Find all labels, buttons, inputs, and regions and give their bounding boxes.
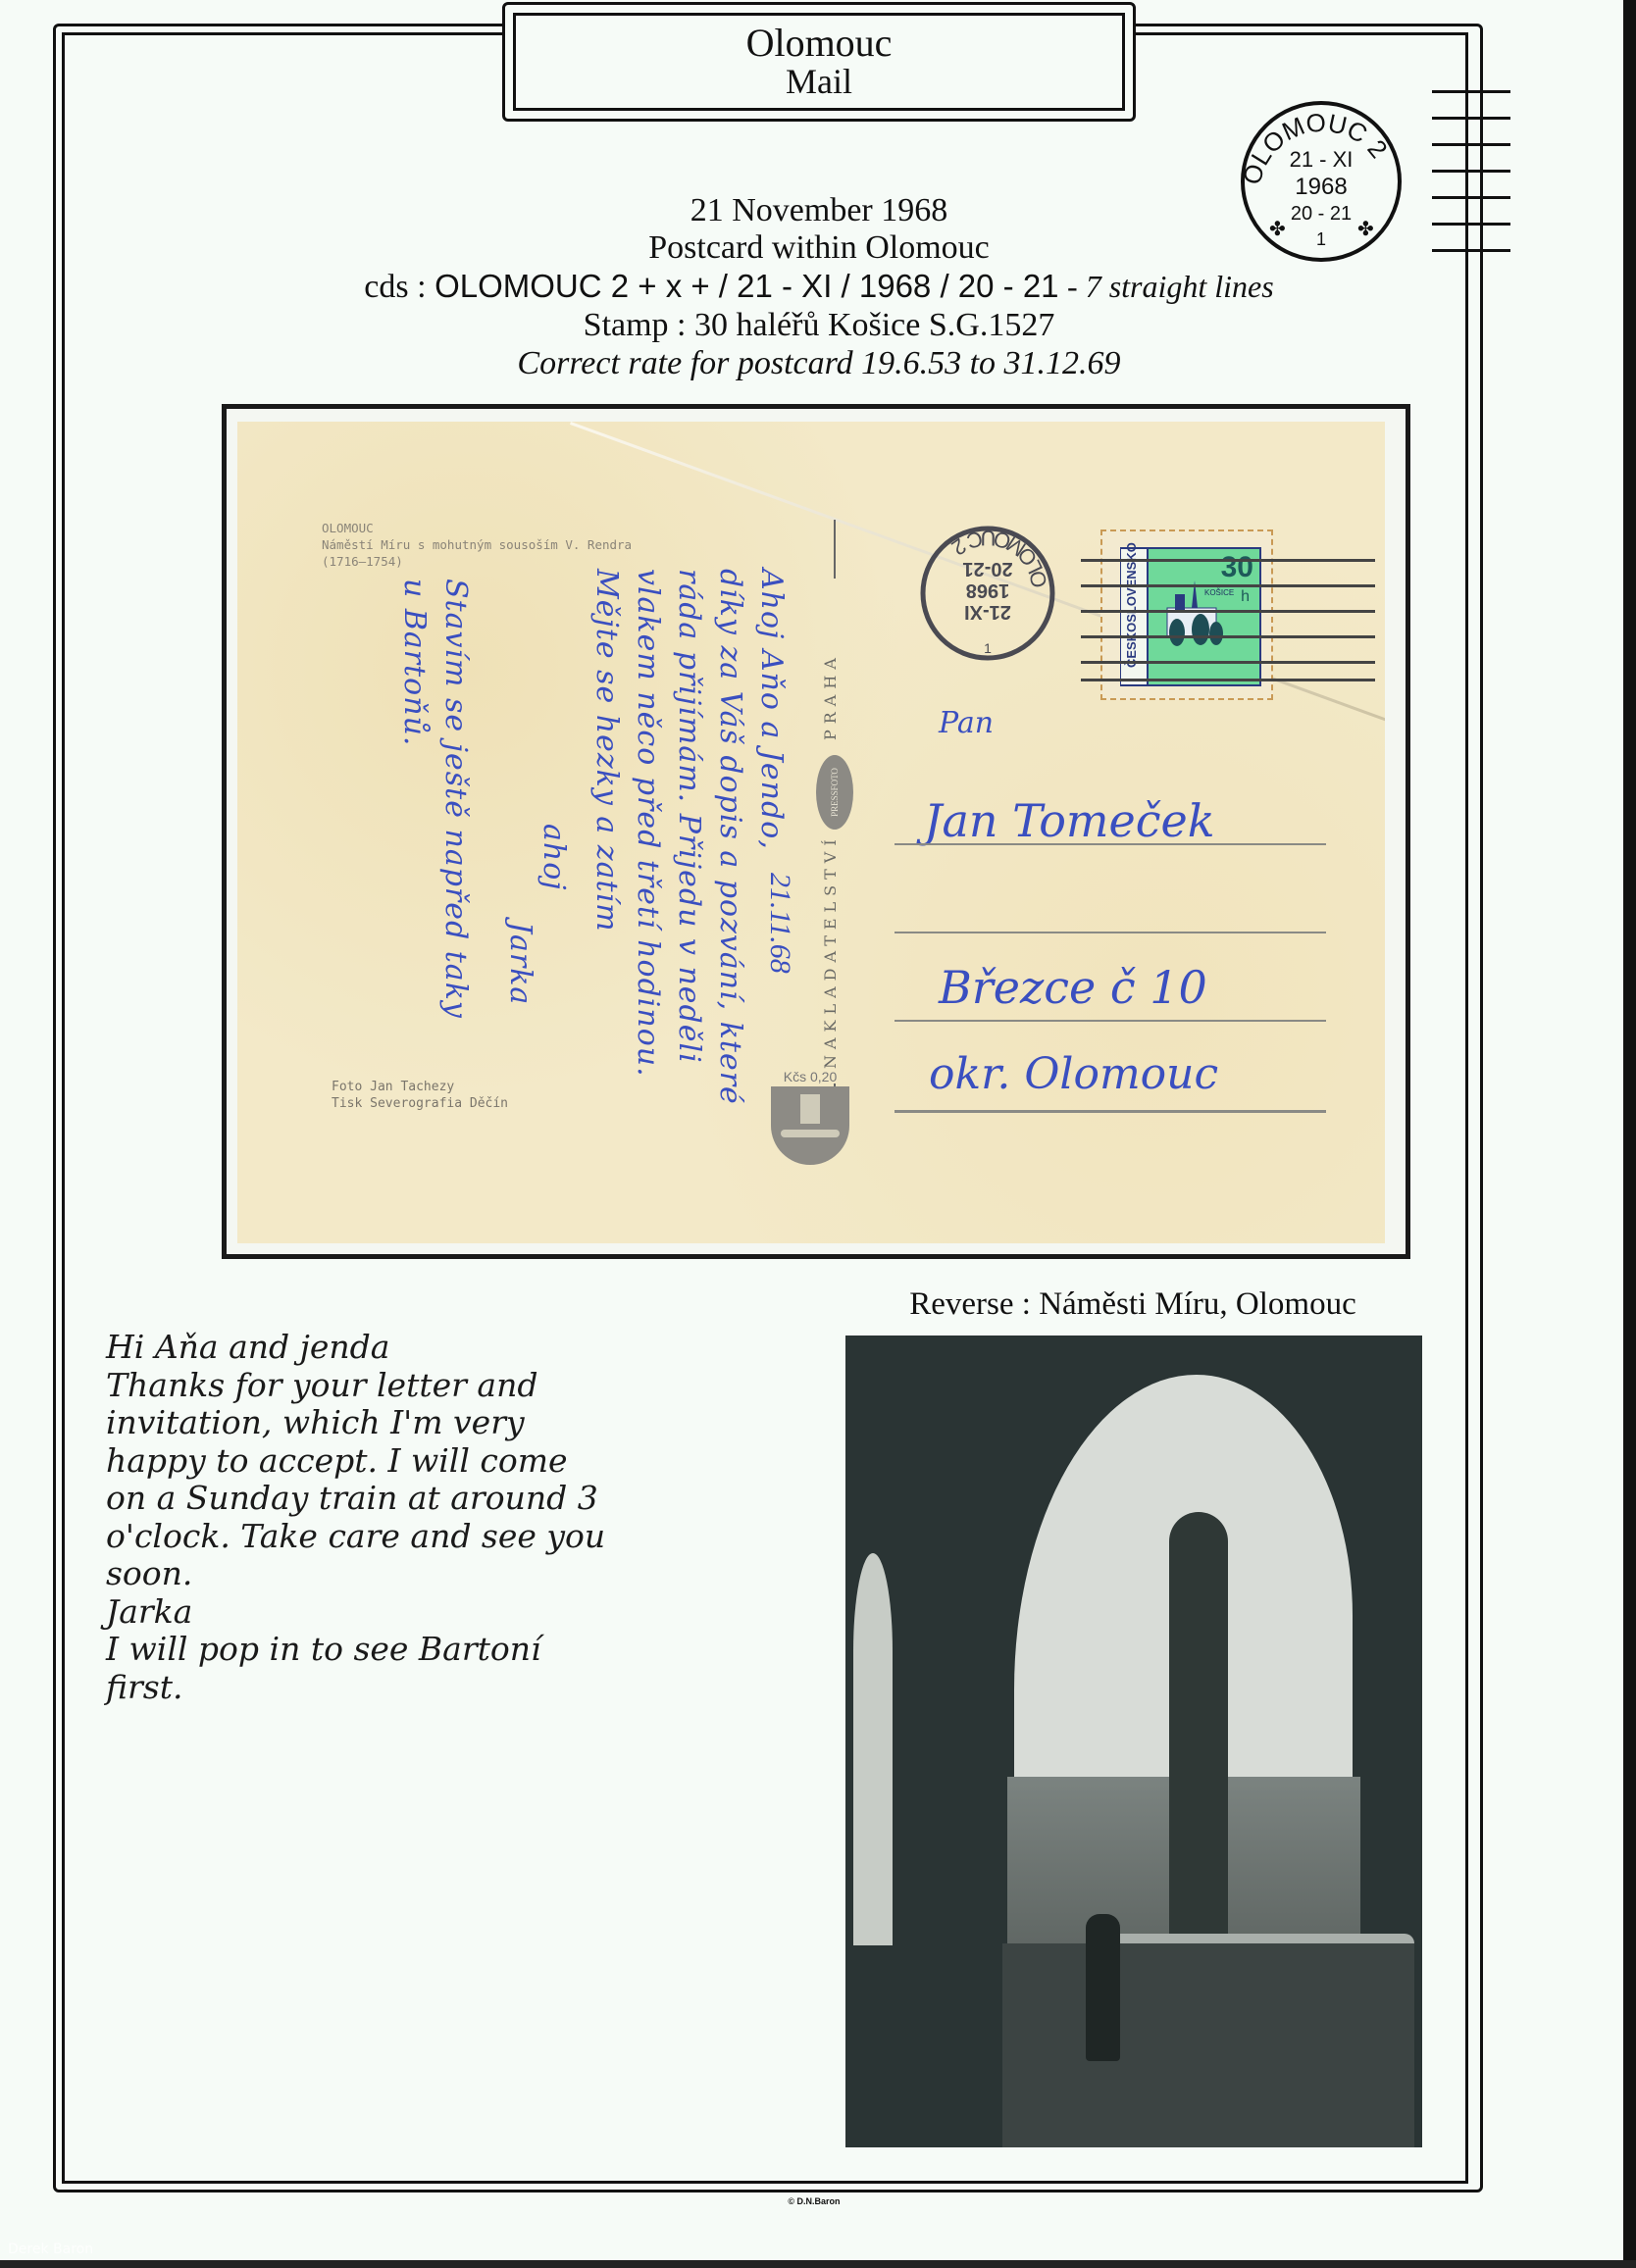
message-translation: Hi Aňa and jenda Thanks for your letter … [106, 1329, 655, 1706]
publisher-imprint: PRAHA PRESSFOTO NAKLADATELSTVÍ [816, 520, 855, 1157]
translation-line: Hi Aňa and jenda [106, 1329, 655, 1367]
cancel-line [1081, 584, 1375, 587]
reverse-title: Reverse : Náměsti Míru, Olomouc [844, 1285, 1422, 1324]
message-line: u Bartoňů. [397, 579, 432, 746]
cancel-line [1081, 559, 1375, 562]
translation-line: o'clock. Take care and see you [106, 1518, 655, 1556]
address-name: Jan Tomeček [924, 794, 1215, 847]
scan-edge-bottom [0, 2260, 1636, 2268]
postcard-credits: Foto Jan Tachezy Tisk Severografia Děčín [332, 1079, 508, 1112]
cancel-line [1081, 635, 1375, 638]
message-line: díky za Váš dopis a pozvání, které [713, 569, 747, 1105]
page-subtitle: Mail [786, 63, 852, 100]
pressfoto-logo: PRESSFOTO [816, 755, 853, 830]
pressfoto-text: PRESSFOTO [830, 768, 840, 817]
address-line [895, 932, 1326, 933]
publisher-city: PRAHA [821, 652, 840, 740]
cover-description: 21 November 1968 Postcard within Olomouc… [255, 192, 1383, 383]
message-line: ráda přijímám. Přijedu v neděli [672, 569, 706, 1064]
credit-photo: Foto Jan Tachezy [332, 1079, 508, 1095]
page-title: Olomouc [746, 24, 893, 63]
translation-line: happy to accept. I will come [106, 1442, 655, 1481]
postmark: OLOMOUC 2 21-XI 1968 20-21 1 [914, 520, 1061, 667]
translation-line: on a Sunday train at around 3 [106, 1480, 655, 1518]
address-line [895, 1110, 1326, 1113]
cds-label: cds : [364, 269, 426, 305]
stamp-town: KOŠICE [1204, 588, 1234, 597]
address-line [895, 843, 1326, 845]
message-line: ahoj [537, 824, 571, 891]
handwritten-date: 21.11.68 [763, 873, 796, 974]
cds-straight-lines [1432, 90, 1510, 276]
price-value: Kčs 0,20 [761, 1069, 859, 1084]
message-line: Mějte se hezky a zatím [589, 569, 624, 932]
cancel-line [1081, 661, 1375, 664]
translation-line: I will pop in to see Bartoní [106, 1631, 655, 1669]
caption-subtitle: Náměstí Míru s mohutným sousoším V. Rend… [322, 536, 632, 553]
postcard: OLOMOUC Náměstí Míru s mohutným sousoším… [237, 422, 1385, 1243]
watermark: Derek Baron [8, 2242, 93, 2257]
address-street: Březce č 10 [939, 961, 1207, 1014]
translation-line: invitation, which I'm very [106, 1404, 655, 1442]
stamp-value: 30 [1221, 553, 1253, 582]
stamp-unit: h [1241, 588, 1250, 606]
postage-stamp: ČESKOSLOVENSKO KOŠICE 30 h [1100, 529, 1273, 700]
date-text: 21 November 1968 [255, 192, 1383, 229]
address-district: okr. Olomouc [929, 1049, 1218, 1099]
price-mark: Kčs 0,20 [761, 1069, 859, 1165]
message-line: Stavím se ještě napřed taky [438, 579, 473, 1019]
message-line: vlakem něco před třetí hodinou. [631, 569, 665, 1078]
reverse-photo [845, 1336, 1422, 2147]
message-line: Ahoj Aňo a Jendo, [754, 569, 789, 850]
translation-line: Jarka [106, 1593, 655, 1632]
title-plaque: Olomouc Mail [502, 2, 1136, 122]
translation-line: first. [106, 1669, 655, 1707]
address-salutation: Pan [939, 706, 994, 740]
shield-icon [771, 1086, 849, 1165]
copyright: © D.N.Baron [765, 2196, 863, 2206]
caption-title: OLOMOUC [322, 520, 632, 536]
postmark-year: 1968 [966, 580, 1010, 601]
cancel-line [1081, 610, 1375, 613]
postcard-caption: OLOMOUC Náměstí Míru s mohutným sousoším… [322, 520, 632, 570]
cds-description: cds : OLOMOUC 2 + x + / 21 - XI / 1968 /… [255, 267, 1383, 307]
credit-print: Tisk Severografia Děčín [332, 1095, 508, 1112]
address-line [895, 1020, 1326, 1022]
caption-years: (1716—1754) [322, 553, 632, 570]
publisher-name: NAKLADATELSTVÍ [821, 833, 840, 1069]
translation-line: Thanks for your letter and [106, 1367, 655, 1405]
postmark-hours: 20-21 [962, 558, 1012, 580]
cds-date: 21 - XI [1290, 147, 1354, 172]
postmark-date: 21-XI [964, 601, 1011, 623]
stamp-description: Stamp : 30 haléřů Košice S.G.1527 [255, 307, 1383, 344]
cds-note: - 7 straight lines [1067, 269, 1274, 304]
message-signature: Jarka [503, 922, 537, 1005]
cds-value: OLOMOUC 2 + x + / 21 - XI / 1968 / 20 - … [435, 268, 1058, 304]
postmark-number: 1 [984, 640, 992, 656]
scan-edge [1623, 0, 1636, 2268]
rate-note: Correct rate for postcard 19.6.53 to 31.… [255, 344, 1383, 383]
cancel-line [1081, 679, 1375, 681]
item-type: Postcard within Olomouc [255, 229, 1383, 267]
translation-line: soon. [106, 1555, 655, 1593]
